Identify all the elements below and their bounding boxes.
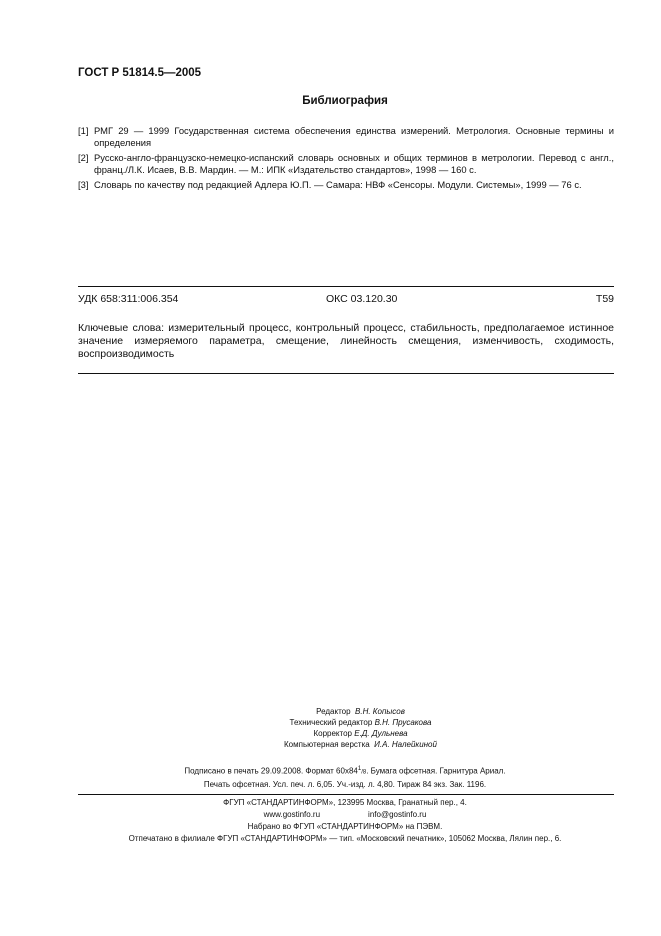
keywords: Ключевые слова: измерительный процесс, к…	[78, 322, 614, 361]
publisher-contacts: www.gostinfo.ruinfo@gostinfo.ru	[0, 809, 661, 821]
typeset-info: Набрано во ФГУП «СТАНДАРТИНФОРМ» на ПЭВМ…	[0, 821, 661, 833]
reference-number: [3]	[78, 179, 94, 191]
reference-number: [1]	[78, 125, 94, 149]
credit-role: Редактор	[316, 707, 350, 716]
bibliography-item: [1] РМГ 29 — 1999 Государственная систем…	[78, 125, 614, 149]
divider-bottom	[78, 373, 614, 374]
reference-number: [2]	[78, 152, 94, 176]
publisher-website-link[interactable]: www.gostinfo.ru	[264, 809, 320, 821]
publisher-address: ФГУП «СТАНДАРТИНФОРМ», 123995 Москва, Гр…	[0, 797, 661, 809]
credit-name: В.Н. Копысов	[355, 707, 405, 716]
oks-code: ОКС 03.120.30	[326, 293, 397, 305]
reference-text: Словарь по качеству под редакцией Адлера…	[94, 179, 614, 191]
publisher-block: ФГУП «СТАНДАРТИНФОРМ», 123995 Москва, Гр…	[0, 797, 661, 845]
credit-name: В.Н. Прусакова	[375, 718, 432, 727]
print-info-line-2: Печать офсетная. Усл. печ. л. 6,05. Уч.-…	[0, 779, 661, 791]
bibliography-list: [1] РМГ 29 — 1999 Государственная систем…	[78, 125, 614, 194]
divider-footer	[78, 794, 614, 795]
print-paper-text: . Бумага офсетная. Гарнитура Ариал.	[366, 767, 505, 776]
credit-role: Технический редактор	[290, 718, 373, 727]
print-format-text: Подписано в печать 29.09.2008. Формат 60…	[184, 767, 357, 776]
bibliography-title: Библиография	[0, 95, 661, 107]
credit-layout: Компьютерная верстка И.А. Налейкиной	[0, 739, 661, 750]
print-info: Подписано в печать 29.09.2008. Формат 60…	[0, 763, 661, 791]
standard-code: ГОСТ Р 51814.5—2005	[78, 67, 201, 79]
classification-row: УДК 658:311:006.354 ОКС 03.120.30 Т59	[78, 293, 614, 305]
credit-name: И.А. Налейкиной	[374, 740, 437, 749]
credit-name: Е.Д. Дульнева	[354, 729, 407, 738]
bibliography-item: [2] Русско-англо-французско-немецко-испа…	[78, 152, 614, 176]
credit-role: Корректор	[313, 729, 352, 738]
udk-code: УДК 658:311:006.354	[78, 293, 178, 305]
credits-block: Редактор В.Н. Копысов Технический редакт…	[0, 706, 661, 750]
publisher-email-link[interactable]: info@gostinfo.ru	[368, 809, 426, 821]
divider-top	[78, 286, 614, 287]
credit-corrector: Корректор Е.Д. Дульнева	[0, 728, 661, 739]
printed-info: Отпечатано в филиале ФГУП «СТАНДАРТИНФОР…	[0, 833, 661, 845]
reference-text: Русско-англо-французско-немецко-испански…	[94, 152, 614, 176]
reference-text: РМГ 29 — 1999 Государственная система об…	[94, 125, 614, 149]
credit-editor: Редактор В.Н. Копысов	[0, 706, 661, 717]
credit-tech-editor: Технический редактор В.Н. Прусакова	[0, 717, 661, 728]
print-info-line-1: Подписано в печать 29.09.2008. Формат 60…	[0, 763, 661, 779]
credit-role: Компьютерная верстка	[284, 740, 370, 749]
bibliography-item: [3] Словарь по качеству под редакцией Ад…	[78, 179, 614, 191]
category-code: Т59	[596, 293, 614, 305]
